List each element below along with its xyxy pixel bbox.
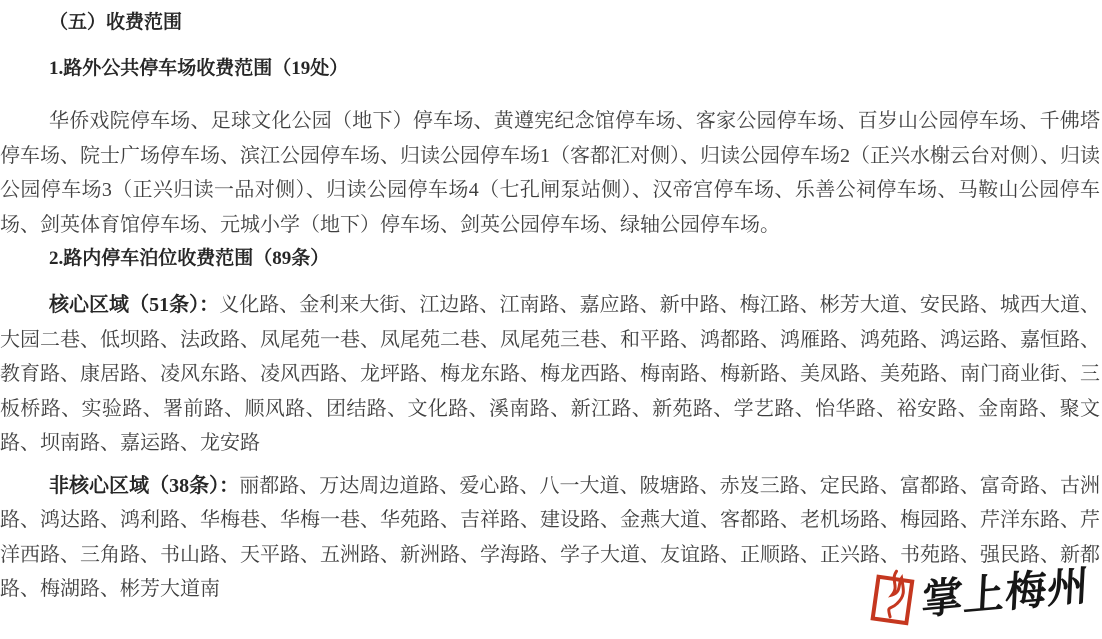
section-heading: （五）收费范围 bbox=[49, 10, 1102, 36]
core-area-paragraph: 核心区域（51条）：义化路、金利来大街、江边路、江南路、嘉应路、新中路、梅江路、… bbox=[0, 288, 1102, 461]
document-page: （五）收费范围 1.路外公共停车场收费范围（19处） 华侨戏院停车场、足球文化公… bbox=[0, 0, 1102, 639]
core-area-roads: 义化路、金利来大街、江边路、江南路、嘉应路、新中路、梅江路、彬芳大道、安民路、城… bbox=[0, 294, 1100, 454]
core-area-label: 核心区域（51条）： bbox=[49, 294, 219, 316]
subsection1-heading: 1.路外公共停车场收费范围（19处） bbox=[49, 56, 1102, 82]
noncore-area-paragraph: 非核心区域（38条）：丽都路、万达周边道路、爱心路、八一大道、陂塘路、赤岌三路、… bbox=[0, 469, 1102, 607]
noncore-area-label: 非核心区域（38条）： bbox=[49, 475, 239, 497]
subsection2-heading: 2.路内停车泊位收费范围（89条） bbox=[49, 246, 1102, 272]
parking-lots-paragraph: 华侨戏院停车场、足球文化公园（地下）停车场、黄遵宪纪念馆停车场、客家公园停车场、… bbox=[0, 104, 1102, 242]
